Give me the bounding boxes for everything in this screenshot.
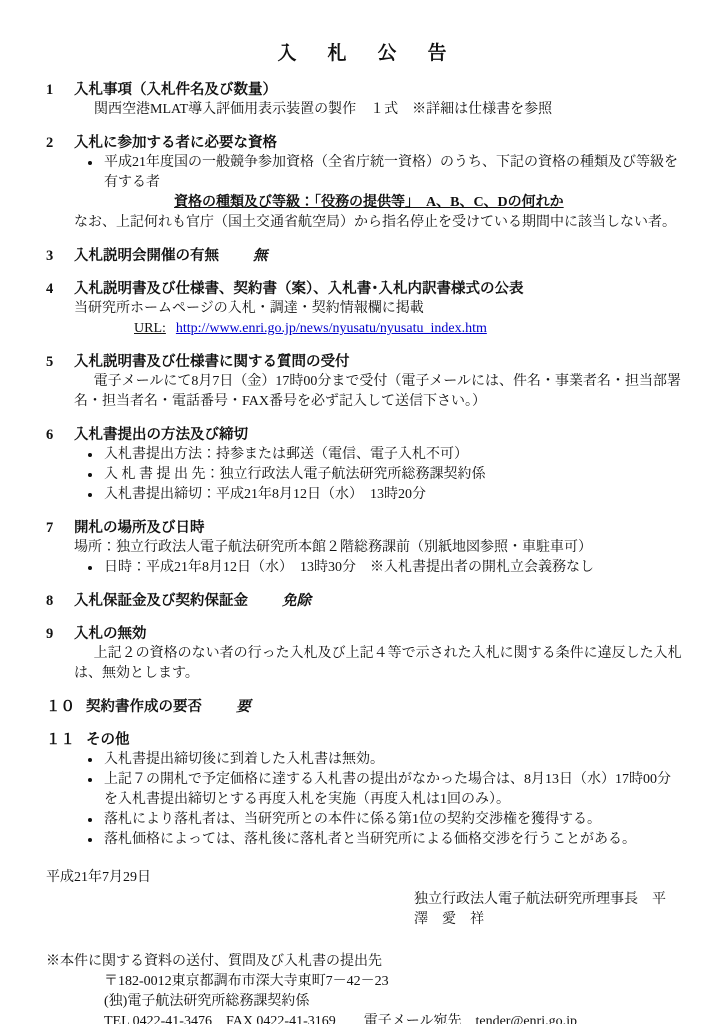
contact-department: (独)電子航法研究所総務課契約係 xyxy=(104,992,684,1012)
section-qualifications: 2入札に参加する者に必要な資格 平成21年度国の一般競争参加資格（全省庁統一資格… xyxy=(46,133,684,233)
deposit-value: 免除 xyxy=(282,593,311,609)
bid-opening-bullets: 日時：平成21年8月12日（水） 13時30分 ※入札書提出者の開札立会義務なし xyxy=(86,558,684,578)
section-other: １１その他 入札書提出締切後に到着した入札書は無効。 上記７の開札で予定価格に達… xyxy=(46,730,684,850)
section-heading-text: 入札保証金及び契約保証金 xyxy=(74,593,248,609)
section-heading: 7開札の場所及び日時 xyxy=(46,518,684,538)
qualification-note: なお、上記何れも官庁（国土交通省航空局）から指名停止を受けている期間中に該当しな… xyxy=(74,213,684,233)
briefing-value: 無 xyxy=(253,248,268,264)
url-row: URL:http://www.enri.go.jp/news/nyusatu/n… xyxy=(134,319,684,339)
invalid-bids-body: 上記２の資格のない者の行った入札及び上記４等で示された入札に関する条件に違反した… xyxy=(74,644,684,684)
section-heading-text: 入札説明書及び仕様書、契約書（案）、入札書･入札内訳書様式の公表 xyxy=(74,281,524,297)
contact-block: ※本件に関する資料の送付、質問及び入札書の提出先 〒182-0012東京都調布市… xyxy=(46,952,684,1024)
section-invalid-bids: 9入札の無効 上記２の資格のない者の行った入札及び上記４等で示された入札に関する… xyxy=(46,624,684,684)
section-heading-text: 入札事項（入札件名及び数量） xyxy=(74,82,277,98)
section-heading: 5入札説明書及び仕様書に関する質問の受付 xyxy=(46,352,684,372)
bid-announcement-document: 入 札 公 告 1入札事項（入札件名及び数量） 関西空港MLAT導入評価用表示装… xyxy=(0,0,724,1024)
qualification-grade-line: 資格の種類及び等級：「役務の提供等」 A、B、C、Dの何れか xyxy=(174,193,572,213)
contact-tel-fax-email: TEL 0422-41-3476 FAX 0422-41-3169 電子メール宛… xyxy=(104,1012,684,1024)
section-heading: 9入札の無効 xyxy=(46,624,684,644)
section-bid-opening: 7開札の場所及び日時 場所：独立行政法人電子航法研究所本館２階総務課前（別紙地図… xyxy=(46,518,684,578)
announcement-date: 平成21年7月29日 xyxy=(46,868,684,888)
bullet-item: 上記７の開札で予定価格に達する入札書の提出がなかった場合は、8月13日（水）17… xyxy=(102,770,684,810)
section-heading: 3入札説明会開催の有無無 xyxy=(46,246,684,266)
section-heading-text: 入札説明会開催の有無 xyxy=(74,248,219,264)
bullet-item: 日時：平成21年8月12日（水） 13時30分 ※入札書提出者の開札立会義務なし xyxy=(102,558,684,578)
section-heading: 6入札書提出の方法及び締切 xyxy=(46,425,684,445)
section-heading: 8入札保証金及び契約保証金免除 xyxy=(46,591,684,611)
question-instructions: 電子メールにて8月7日（金）17時00分まで受付（電子メールには、件名・事業者名… xyxy=(74,372,684,412)
bullet-item: 入札書提出締切後に到着した入札書は無効。 xyxy=(102,750,684,770)
bid-item-description: 関西空港MLAT導入評価用表示装置の製作 １式 ※詳細は仕様書を参照 xyxy=(94,100,684,120)
section-contract-document: １０契約書作成の要否要 xyxy=(46,697,684,717)
bullet-item: 落札により落札者は、当研究所との本件に係る第1位の契約交渉権を獲得する。 xyxy=(102,810,684,830)
section-heading-text: 入札書提出の方法及び締切 xyxy=(74,427,248,443)
qualification-bullets: 平成21年度国の一般競争参加資格（全省庁統一資格）のうち、下記の資格の種類及び等… xyxy=(86,153,684,193)
section-number: 9 xyxy=(46,624,74,644)
section-number: 4 xyxy=(46,279,74,299)
bid-opening-place: 場所：独立行政法人電子航法研究所本館２階総務課前（別紙地図参照・車駐車可） xyxy=(74,538,684,558)
section-deposit: 8入札保証金及び契約保証金免除 xyxy=(46,591,684,611)
contact-heading: ※本件に関する資料の送付、質問及び入札書の提出先 xyxy=(46,952,684,972)
tender-info-link[interactable]: http://www.enri.go.jp/news/nyusatu/nyusa… xyxy=(176,321,487,336)
section-number: 5 xyxy=(46,352,74,372)
section-number: 7 xyxy=(46,518,74,538)
other-bullets: 入札書提出締切後に到着した入札書は無効。 上記７の開札で予定価格に達する入札書の… xyxy=(86,750,684,850)
submission-bullets: 入札書提出方法：持参または郵送（電信、電子入札不可） 入 札 書 提 出 先：独… xyxy=(86,445,684,505)
section-briefing: 3入札説明会開催の有無無 xyxy=(46,246,684,266)
url-label: URL: xyxy=(134,321,166,336)
contract-required-value: 要 xyxy=(236,699,251,715)
section-number: 3 xyxy=(46,246,74,266)
section-heading: 1入札事項（入札件名及び数量） xyxy=(46,80,684,100)
section-heading: １１その他 xyxy=(46,730,684,750)
section-heading-text: 入札の無効 xyxy=(74,626,147,642)
bullet-item: 平成21年度国の一般競争参加資格（全省庁統一資格）のうち、下記の資格の種類及び等… xyxy=(102,153,684,193)
section-heading-text: 契約書作成の要否 xyxy=(86,699,202,715)
section-heading-text: 入札に参加する者に必要な資格 xyxy=(74,135,277,151)
section-heading-text: 開札の場所及び日時 xyxy=(74,520,205,536)
bullet-item: 入札書提出締切：平成21年8月12日（水） 13時20分 xyxy=(102,485,684,505)
bullet-item: 入 札 書 提 出 先：独立行政法人電子航法研究所総務課契約係 xyxy=(102,465,684,485)
section-questions: 5入札説明書及び仕様書に関する質問の受付 電子メールにて8月7日（金）17時00… xyxy=(46,352,684,412)
section-number: 8 xyxy=(46,591,74,611)
bullet-item: 入札書提出方法：持参または郵送（電信、電子入札不可） xyxy=(102,445,684,465)
qualification-grade-row: 資格の種類及び等級：「役務の提供等」 A、B、C、Dの何れか xyxy=(46,193,684,213)
section-documents-publication: 4入札説明書及び仕様書、契約書（案）、入札書･入札内訳書様式の公表 当研究所ホー… xyxy=(46,279,684,339)
publication-note: 当研究所ホームページの入札・調達・契約情報欄に掲載 xyxy=(74,299,684,319)
section-number: 1 xyxy=(46,80,74,100)
section-heading: １０契約書作成の要否要 xyxy=(46,697,684,717)
section-number: 2 xyxy=(46,133,74,153)
section-number: １０ xyxy=(46,697,86,717)
section-heading: 4入札説明書及び仕様書、契約書（案）、入札書･入札内訳書様式の公表 xyxy=(46,279,684,299)
page-title: 入 札 公 告 xyxy=(46,44,684,64)
section-heading-text: その他 xyxy=(86,732,130,748)
section-number: １１ xyxy=(46,730,86,750)
section-heading-text: 入札説明書及び仕様書に関する質問の受付 xyxy=(74,354,350,370)
section-number: 6 xyxy=(46,425,74,445)
section-submission: 6入札書提出の方法及び締切 入札書提出方法：持参または郵送（電信、電子入札不可）… xyxy=(46,425,684,505)
section-bid-items: 1入札事項（入札件名及び数量） 関西空港MLAT導入評価用表示装置の製作 １式 … xyxy=(46,80,684,120)
contact-postal-address: 〒182-0012東京都調布市深大寺東町7－42－23 xyxy=(104,972,684,992)
signature-line: 独立行政法人電子航法研究所理事長 平 澤 愛 祥 xyxy=(414,890,684,930)
section-heading: 2入札に参加する者に必要な資格 xyxy=(46,133,684,153)
bullet-item: 落札価格によっては、落札後に落札者と当研究所による価格交渉を行うことがある。 xyxy=(102,830,684,850)
